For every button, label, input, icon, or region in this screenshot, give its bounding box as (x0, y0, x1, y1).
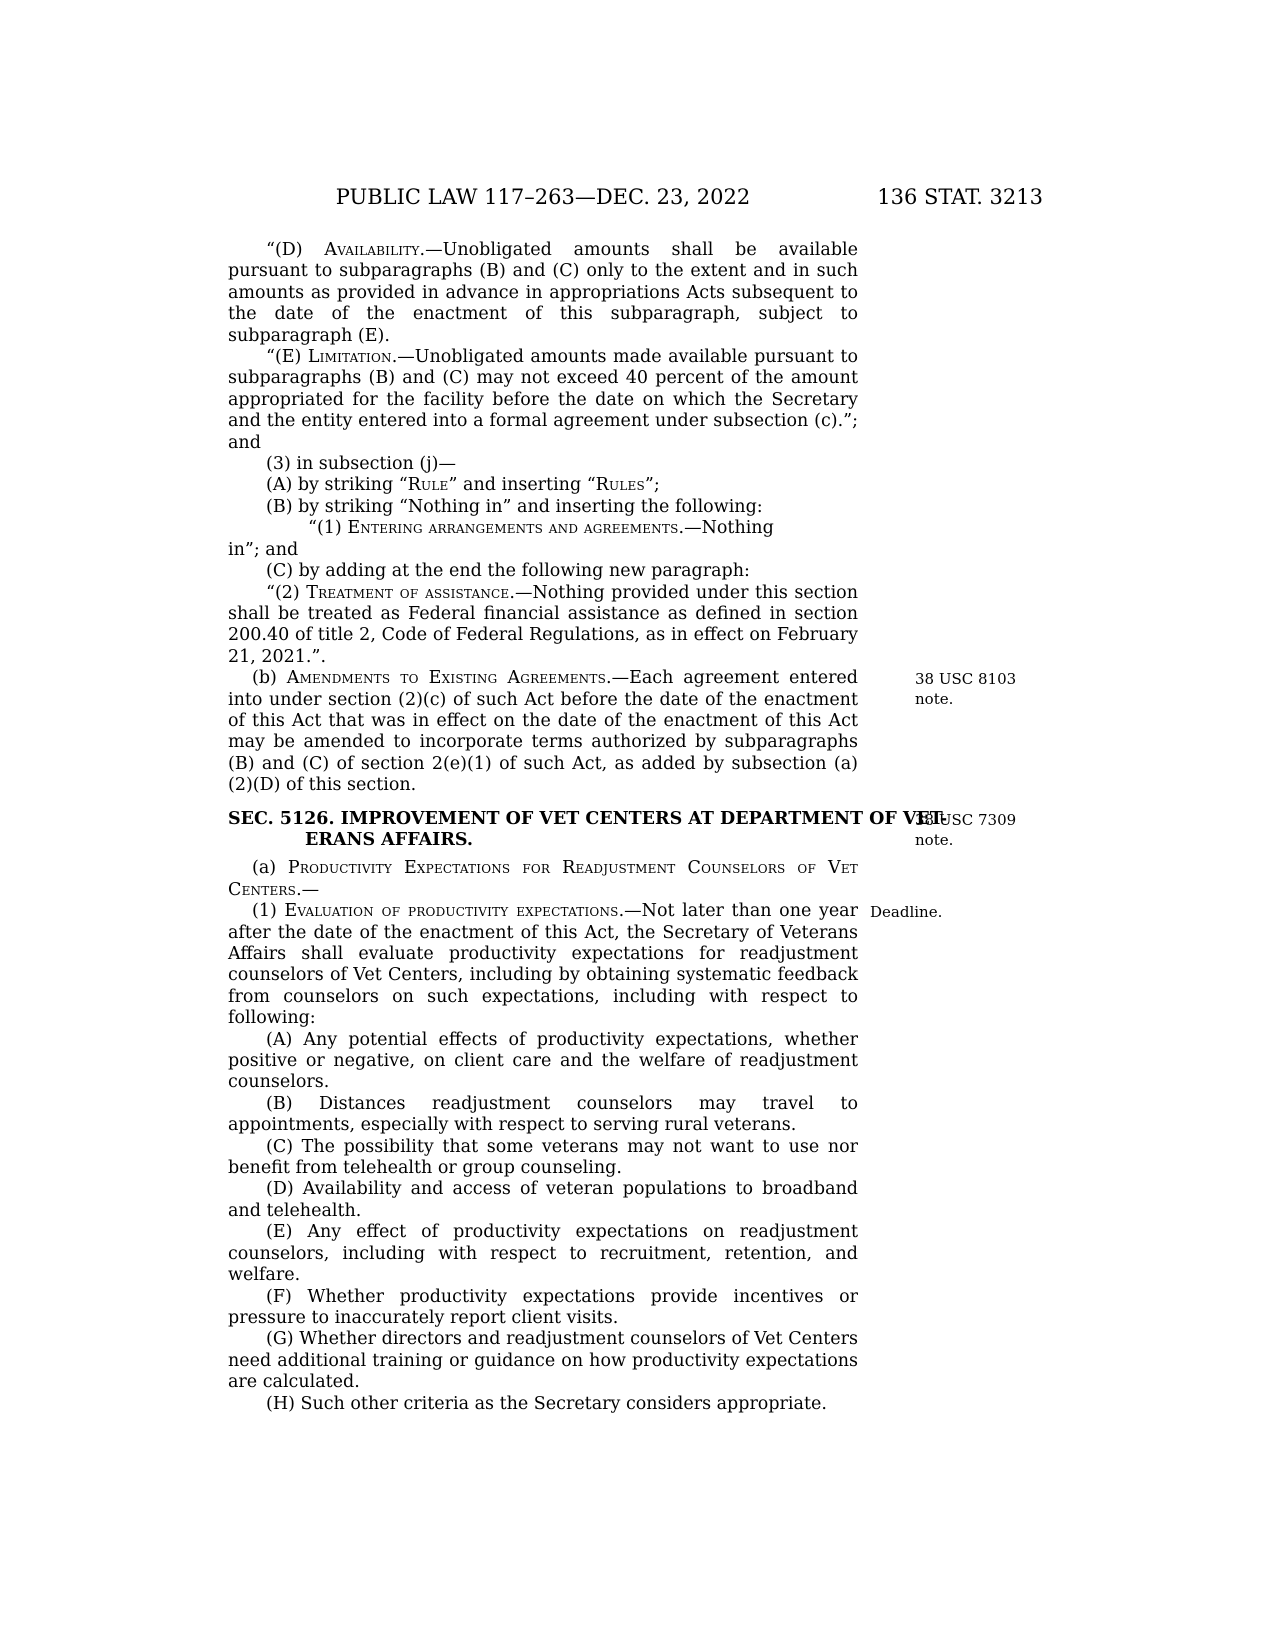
law-title: PUBLIC LAW 117–263—DEC. 23, 2022 (228, 184, 858, 210)
smallcaps-label: Entering arrangements and agreements (347, 518, 678, 538)
para-open: “(D) (266, 240, 324, 260)
stat-page-number: 136 STAT. 3213 (877, 184, 1043, 210)
smallcaps-term: Rules (596, 475, 645, 495)
smallcaps-label: Limitation (308, 347, 392, 367)
para-body-runover: in”; and (228, 540, 298, 560)
subparagraph-item-f: (F) Whether productivity expectations pr… (228, 1287, 858, 1330)
amendment-item-a: (A) by striking “Rule” and inserting “Ru… (228, 475, 858, 496)
section-heading-5126: SEC. 5126. IMPROVEMENT OF VET CENTERS AT… (228, 809, 858, 852)
para-text: ” and inserting “ (449, 475, 596, 495)
para-text: ”; (645, 475, 660, 495)
para-open: (1) (252, 901, 284, 921)
smallcaps-label: Productivity Expectations for Readjustme… (228, 858, 858, 899)
margin-note-38-usc-8103: 38 USC 8103 note. (915, 669, 1027, 709)
para-body: .— (296, 880, 319, 900)
amendment-item-b: (B) by striking “Nothing in” and inserti… (228, 497, 858, 518)
quoted-paragraph-1: “(1) Entering arrangements and agreement… (228, 518, 858, 561)
margin-note-deadline: Deadline. (870, 902, 982, 922)
subsection-b: (b) Amendments to Existing Agreements.—E… (228, 668, 858, 796)
paragraph-1-evaluation: (1) Evaluation of productivity expectati… (228, 901, 858, 1029)
para-body: .—Nothing (679, 518, 774, 538)
margin-note-38-usc-7309: 38 USC 7309 note. (915, 810, 1027, 850)
smallcaps-term: Rule (408, 475, 449, 495)
subparagraph-item-a: (A) Any potential effects of productivit… (228, 1030, 858, 1094)
section-heading-line-2: ERANS AFFAIRS. (305, 830, 858, 851)
para-open: (b) (252, 668, 287, 688)
amendment-item-c: (C) by adding at the end the following n… (228, 561, 858, 582)
subparagraph-item-h: (H) Such other criteria as the Secretary… (228, 1394, 858, 1415)
subparagraph-item-e: (E) Any effect of productivity expectati… (228, 1222, 858, 1286)
subparagraph-item-g: (G) Whether directors and readjustment c… (228, 1329, 858, 1393)
subparagraph-item-d: (D) Availability and access of veteran p… (228, 1179, 858, 1222)
subsection-a: (a) Productivity Expectations for Readju… (228, 858, 858, 901)
subparagraph-item-b: (B) Distances readjustment counselors ma… (228, 1094, 858, 1137)
quoted-subparagraph-e: “(E) Limitation.—Unobligated amounts mad… (228, 347, 858, 454)
quoted-subparagraph-d: “(D) Availability.—Unobligated amounts s… (228, 240, 858, 347)
para-open: (a) (252, 858, 288, 878)
smallcaps-label: Evaluation of productivity expectations (284, 901, 618, 921)
paragraph-3: (3) in subsection (j)— (228, 454, 858, 475)
section-heading-line-1: SEC. 5126. IMPROVEMENT OF VET CENTERS AT… (228, 809, 858, 830)
quoted-paragraph-2: “(2) Treatment of assistance.—Nothing pr… (228, 583, 858, 669)
para-text: (A) by striking “ (266, 475, 408, 495)
para-open: “(1) (308, 518, 347, 538)
para-open: “(E) (266, 347, 308, 367)
smallcaps-label: Amendments to Existing Agreements (287, 668, 606, 688)
subparagraph-item-c: (C) The possibility that some veterans m… (228, 1137, 858, 1180)
slip-law-page: PUBLIC LAW 117–263—DEC. 23, 2022 136 STA… (0, 0, 1275, 1650)
body-text-column: “(D) Availability.—Unobligated amounts s… (228, 240, 858, 1415)
smallcaps-label: Treatment of assistance (306, 583, 509, 603)
running-head: PUBLIC LAW 117–263—DEC. 23, 2022 136 STA… (228, 184, 1043, 210)
smallcaps-label: Availability (324, 240, 419, 260)
para-open: “(2) (266, 583, 306, 603)
